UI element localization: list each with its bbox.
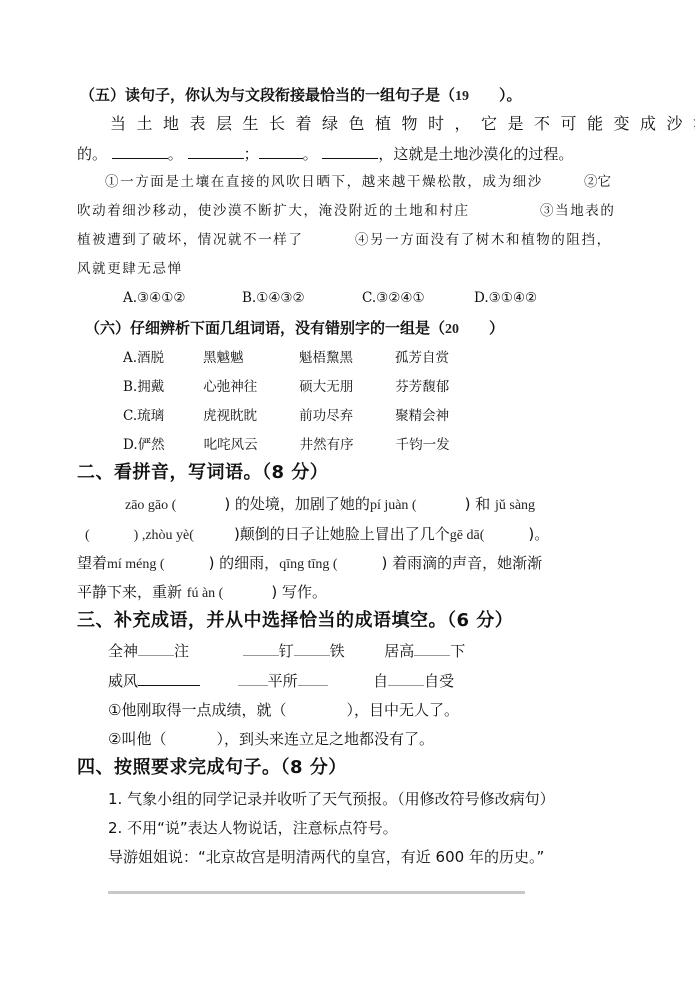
- q5-sentences-line4: 风就更肆无忌惮: [77, 259, 183, 279]
- word: 魁梧黧黑: [299, 348, 395, 368]
- answer-blank[interactable]: [322, 144, 378, 159]
- row-label: C.: [123, 408, 137, 424]
- row-label: B.: [123, 379, 137, 395]
- idiom-blank[interactable]: [414, 641, 450, 656]
- q5-paragraph-line2: 的。 。 ；。 ，这就是土地沙漠化的过程。: [77, 144, 573, 164]
- idiom-blank[interactable]: [238, 671, 268, 686]
- word: 井然有序: [300, 435, 396, 455]
- word: 拥戴: [137, 377, 203, 397]
- text: ) 和: [465, 495, 491, 513]
- q5-title: （五）读句子，你认为与文段衔接最恰当的一组句子是（19）。: [80, 85, 522, 107]
- pinyin: qīng tīng (: [279, 557, 337, 572]
- text: 居高: [384, 642, 414, 660]
- word: 叱咤风云: [204, 435, 300, 455]
- text: ) 写作。: [271, 583, 327, 601]
- answer-blank[interactable]: [112, 144, 168, 159]
- sec2-line4: 平静下来，重新 fú àn () 写作。: [77, 582, 327, 604]
- idiom-blank[interactable]: [138, 641, 174, 656]
- text: 。: [168, 145, 183, 163]
- section-2-title: 二、看拼音，写词语。（8 分）: [77, 461, 328, 485]
- option-d[interactable]: D.③①④②: [474, 288, 537, 308]
- section-3-title: 三、补充成语，并从中选择恰当的成语填空。（6 分）: [77, 609, 513, 633]
- sec2-line1: zāo gāo () 的处境，加剧了她的pí juàn () 和 jǔ sàng: [125, 494, 535, 516]
- q5-sentence-4: ④另一方面没有了树木和植物的阻挡，: [355, 230, 612, 250]
- text: ①他刚取得一点成绩，就（: [108, 701, 286, 719]
- text: ，这就是土地沙漠化的过程。: [378, 145, 573, 163]
- pinyin: mí méng (: [107, 557, 165, 572]
- pinyin: fú àn (: [187, 586, 224, 601]
- q6-row-b[interactable]: B.拥戴心弛神往硕大无朋芬芳馥郁: [123, 377, 491, 397]
- word: 虎视眈眈: [203, 406, 299, 426]
- pinyin: gē dā(: [450, 528, 485, 543]
- row-label: A.: [123, 350, 137, 366]
- text: 平所: [268, 672, 298, 690]
- idiom-blank[interactable]: [388, 671, 424, 686]
- text: ) 着雨滴的声音，她渐渐: [382, 554, 543, 572]
- q5-sentences-line1: ①一方面是土壤在直接的风吹日晒下，越来越干燥松散，成为细沙: [105, 172, 543, 192]
- pinyin: jǔ sàng: [495, 498, 535, 513]
- idiom-blank[interactable]: [298, 671, 328, 686]
- sec2-line2: () ,zhòu yè()颠倒的日子让她脸上冒出了几个gē dā()。: [85, 524, 549, 546]
- text: ) ,: [134, 528, 146, 543]
- q6-number: 20: [445, 322, 459, 337]
- idiom-blank[interactable]: [294, 641, 330, 656]
- word: 芬芳馥郁: [395, 377, 491, 397]
- idioms-row-2: 威风 平所 自自受: [108, 671, 454, 691]
- sec4-item-1: 1. 气象小组的同学记录并收听了天气预报。（用修改符号修改病句）: [108, 789, 555, 809]
- pinyin: zhòu yè(: [145, 528, 194, 543]
- text: )。: [528, 525, 549, 543]
- text: 。: [303, 145, 318, 163]
- text: 平静下来，重新: [77, 583, 182, 601]
- q5-paragraph-line1: 当土地表层生长着绿色植物时，它是不可能变成沙漠: [110, 114, 695, 134]
- q6-title: （六）仔细辨析下面几组词语，没有错别字的一组是（20）: [85, 318, 504, 340]
- option-b[interactable]: B.①④③②: [242, 288, 362, 308]
- q5-sentence-2-start: ②它: [584, 172, 611, 192]
- fill-sentence-2: ②叫他（），到头来连立足之地都没有了。: [108, 729, 434, 749]
- text: ），到头来连立足之地都没有了。: [216, 730, 434, 748]
- q6-row-c[interactable]: C.琉璃虎视眈眈前功尽弃聚精会神: [123, 406, 491, 426]
- text: ），目中无人了。: [346, 701, 459, 719]
- text: 钉: [279, 642, 294, 660]
- text: 的。: [77, 145, 107, 163]
- word: 聚精会神: [395, 406, 491, 426]
- q6-close: ）: [489, 319, 504, 337]
- word: 千钧一发: [396, 435, 492, 455]
- q5-sentence-3-start: ③当地表的: [540, 201, 616, 221]
- answer-writing-line[interactable]: [108, 891, 525, 894]
- word: 琉璃: [137, 406, 203, 426]
- answer-blank[interactable]: [259, 144, 303, 159]
- fill-sentence-1: ①他刚取得一点成绩，就（），目中无人了。: [108, 700, 459, 720]
- row-label: D.: [123, 437, 138, 453]
- sec2-line3: 望着mí méng () 的细雨，qīng tīng () 着雨滴的声音，她渐渐: [77, 553, 542, 575]
- option-a[interactable]: A.③④①②: [123, 288, 242, 308]
- idiom-blank[interactable]: [138, 671, 200, 686]
- pinyin: zāo gāo (: [125, 498, 176, 513]
- word: 黑魆魆: [203, 348, 299, 368]
- word: 心弛神往: [203, 377, 299, 397]
- option-c[interactable]: C.③②④①: [362, 288, 474, 308]
- q5-number: 19: [455, 89, 469, 104]
- sec4-quote: 导游姐姐说：“北京故宫是明清两代的皇宫，有近 600 年的历史。”: [108, 847, 544, 867]
- q6-title-text: （六）仔细辨析下面几组词语，没有错别字的一组是（: [85, 319, 445, 337]
- q5-sentences-line3: 植被遭到了破坏，情况就不一样了: [77, 230, 304, 250]
- answer-blank[interactable]: [188, 144, 244, 159]
- text: (: [85, 528, 90, 543]
- text: 自: [373, 672, 388, 690]
- section-4-title: 四、按照要求完成句子。（8 分）: [77, 756, 347, 780]
- text: ) 的细雨，: [209, 554, 280, 572]
- text: 威风: [108, 672, 138, 690]
- sec4-item-2: 2. 不用“说”表达人物说话，注意标点符号。: [108, 818, 398, 838]
- q5-sentences-line2: 吹动着细沙移动，使沙漠不断扩大，淹没附近的土地和村庄: [77, 201, 470, 221]
- sentence-1: ①一方面是土壤在直接的风吹日晒下，越来越干燥松散，成为细沙: [105, 174, 543, 190]
- q5-options: A.③④①②B.①④③②C.③②④①D.③①④②: [123, 288, 537, 308]
- word: 前功尽弃: [299, 406, 395, 426]
- q5-close: ）。: [499, 86, 522, 104]
- text: 注: [174, 642, 189, 660]
- text: 望着: [77, 554, 107, 572]
- q6-row-d[interactable]: D.俨然叱咤风云井然有序千钧一发: [123, 435, 492, 455]
- text: ；: [244, 145, 259, 163]
- word: 孤芳自赏: [395, 348, 491, 368]
- pinyin: pí juàn (: [370, 498, 417, 513]
- q5-title-text: （五）读句子，你认为与文段衔接最恰当的一组句子是（: [80, 86, 455, 104]
- idioms-row-1: 全神注 钉铁 居高下: [108, 641, 465, 661]
- text: 铁: [330, 642, 345, 660]
- text: ) 的处境，加剧了她的: [224, 495, 370, 513]
- q6-row-a[interactable]: A.酒脱黑魆魆魁梧黧黑孤芳自赏: [123, 348, 491, 368]
- text: 自受: [424, 672, 454, 690]
- text: )颠倒的日子让她脸上冒出了几个: [234, 525, 450, 543]
- exam-page: （五）读句子，你认为与文段衔接最恰当的一组句子是（19）。 当土地表层生长着绿色…: [0, 0, 695, 982]
- word: 硕大无朋: [299, 377, 395, 397]
- word: 酒脱: [137, 348, 203, 368]
- word: 俨然: [138, 435, 204, 455]
- text: 下: [450, 642, 465, 660]
- text: ②叫他（: [108, 730, 166, 748]
- idiom-blank[interactable]: [243, 641, 279, 656]
- text: 全神: [108, 642, 138, 660]
